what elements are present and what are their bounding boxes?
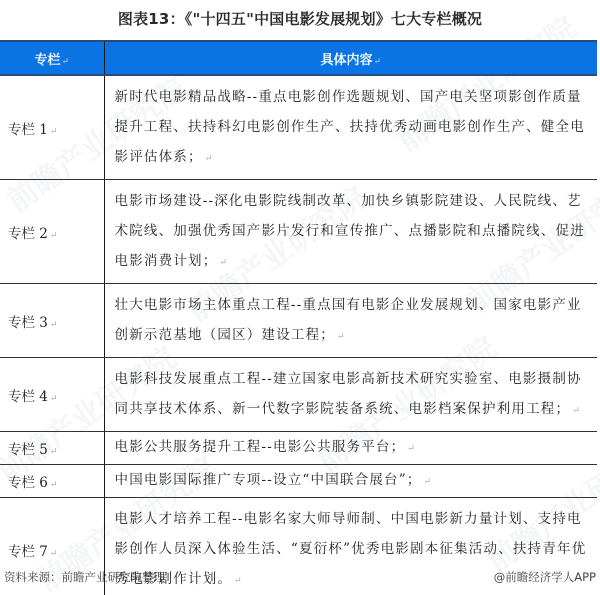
row-label: 专栏 3 (8, 315, 48, 331)
table-row: 专栏 2↵ 电影市场建设--深化电影院线制改革、加快乡镇影院建设、人民院线、艺术… (0, 180, 597, 284)
row-content: 新时代电影精品战略--重点电影创作选题规划、国产电关坚项影创作质量提升工程、扶持… (115, 89, 585, 165)
row-label-cell: 专栏 5↵ (0, 432, 104, 465)
paragraph-mark-icon: ↵ (234, 576, 243, 586)
row-content: 中国电影国际推广专项--设立“中国联合展台”； (115, 472, 422, 488)
paragraph-mark-icon: ↵ (50, 320, 58, 330)
paragraph-mark-icon: ↵ (50, 394, 58, 404)
row-label: 专栏 7 (8, 544, 48, 560)
row-label: 专栏 6 (8, 475, 48, 491)
table-row: 专栏 4↵ 电影科技发展重点工程--建立国家电影高新技术研究实验室、电影摄制协同… (0, 358, 597, 432)
row-content: 电影市场建设--深化电影院线制改革、加快乡镇影院建设、人民院线、艺术院线、加强优… (115, 193, 585, 269)
source-note: 资料来源：前瞻产业研究院整理 (4, 569, 165, 585)
header-column: 专栏↵ (0, 41, 104, 75)
row-content-cell: 电影公共服务提升工程--电影公共服务平台；↵ (104, 432, 597, 465)
paragraph-mark-icon: ↵ (219, 258, 228, 268)
paragraph-mark-icon: ↵ (572, 406, 581, 416)
columns-table-container: 专栏↵ 具体内容↵ 专栏 1↵ 新时代电影精品战略--重点电影创作选题规划、国产… (0, 40, 597, 595)
row-content-cell: 壮大电影市场主体重点工程--重点国有电影企业发展规划、国家电影产业创新示范基地（… (104, 284, 597, 358)
row-content-cell: 中国电影国际推广专项--设立“中国联合展台”；↵ (104, 465, 597, 498)
row-content-cell: 电影科技发展重点工程--建立国家电影高新技术研究实验室、电影摄制协同共享技术体系… (104, 358, 597, 432)
row-content-cell: 电影市场建设--深化电影院线制改革、加快乡镇影院建设、人民院线、艺术院线、加强优… (104, 180, 597, 284)
paragraph-mark-icon: ↵ (424, 477, 433, 487)
row-content-cell: 新时代电影精品战略--重点电影创作选题规划、国产电关坚项影创作质量提升工程、扶持… (104, 75, 597, 180)
credit-note: @前瞻经济学人APP (494, 569, 596, 585)
paragraph-mark-icon: ↵ (50, 127, 58, 137)
paragraph-mark-icon: ↵ (50, 231, 58, 241)
paragraph-mark-icon: ↵ (50, 447, 58, 457)
row-label: 专栏 2 (8, 226, 48, 242)
table-row: 专栏 6↵ 中国电影国际推广专项--设立“中国联合展台”；↵ (0, 465, 597, 498)
row-label: 专栏 1 (8, 122, 48, 138)
table-header-row: 专栏↵ 具体内容↵ (0, 41, 597, 75)
header-column-label: 专栏 (34, 53, 60, 68)
paragraph-mark-icon: ↵ (61, 57, 69, 67)
paragraph-mark-icon: ↵ (205, 154, 214, 164)
paragraph-mark-icon: ↵ (337, 332, 346, 342)
row-label-cell: 专栏 2↵ (0, 180, 104, 284)
paragraph-mark-icon: ↵ (407, 444, 416, 454)
row-label-cell: 专栏 6↵ (0, 465, 104, 498)
paragraph-mark-icon: ↵ (373, 57, 381, 67)
figure-title: 图表13：《"十四五"中国电影发展规划》七大专栏概况 (0, 8, 600, 29)
row-content: 电影科技发展重点工程--建立国家电影高新技术研究实验室、电影摄制协同共享技术体系… (115, 371, 582, 417)
row-content: 壮大电影市场主体重点工程--重点国有电影企业发展规划、国家电影产业创新示范基地（… (115, 297, 582, 343)
paragraph-mark-icon: ↵ (50, 549, 58, 559)
row-label-cell: 专栏 1↵ (0, 75, 104, 180)
table-row: 专栏 3↵ 壮大电影市场主体重点工程--重点国有电影企业发展规划、国家电影产业创… (0, 284, 597, 358)
table-row: 专栏 1↵ 新时代电影精品战略--重点电影创作选题规划、国产电关坚项影创作质量提… (0, 75, 597, 180)
table-row: 专栏 5↵ 电影公共服务提升工程--电影公共服务平台；↵ (0, 432, 597, 465)
row-label: 专栏 5 (8, 442, 48, 458)
header-content-label: 具体内容 (320, 53, 372, 68)
row-label-cell: 专栏 4↵ (0, 358, 104, 432)
columns-table: 专栏↵ 具体内容↵ 专栏 1↵ 新时代电影精品战略--重点电影创作选题规划、国产… (0, 40, 597, 595)
header-content: 具体内容↵ (104, 41, 597, 75)
paragraph-mark-icon: ↵ (50, 480, 58, 490)
row-label: 专栏 4 (8, 389, 48, 405)
row-label-cell: 专栏 3↵ (0, 284, 104, 358)
row-content: 电影公共服务提升工程--电影公共服务平台； (115, 439, 406, 455)
